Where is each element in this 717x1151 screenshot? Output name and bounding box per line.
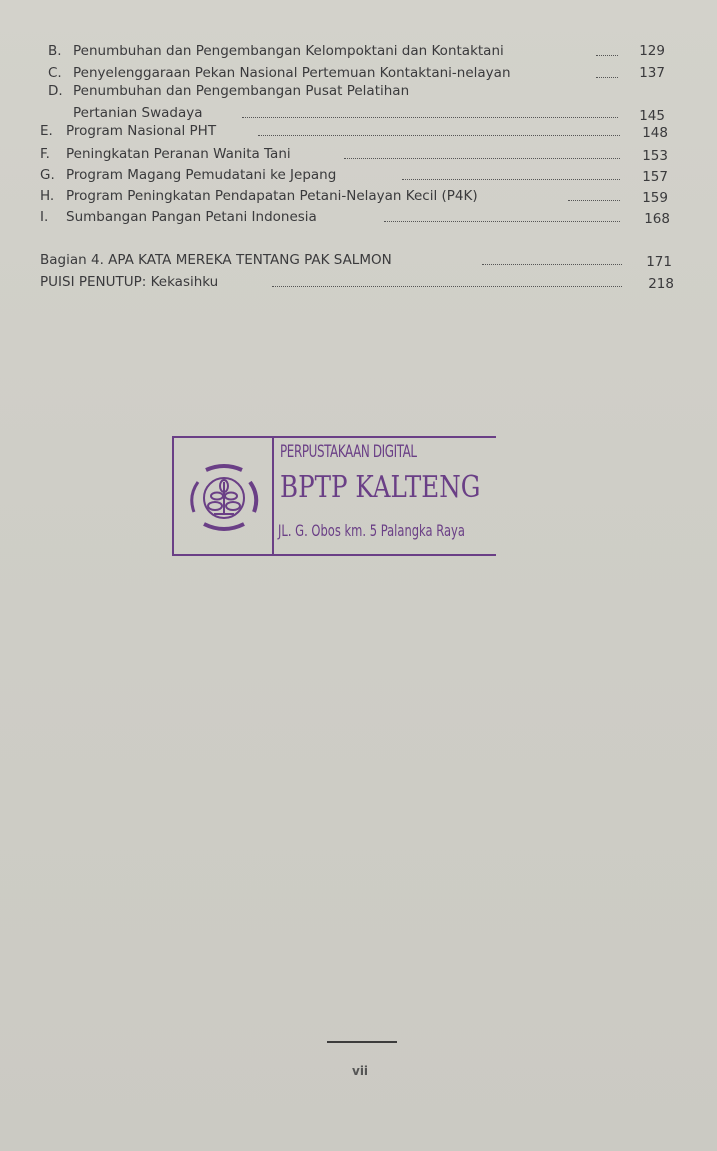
leader-dots (272, 286, 622, 287)
library-stamp: PERPUSTAKAAN DIGITAL BPTP KALTENG JL. G.… (172, 430, 498, 560)
toc-title: Program Peningkatan Pendapatan Petani-Ne… (66, 186, 478, 206)
toc-entry: D. Penumbuhan dan Pengembangan Pusat Pel… (40, 81, 680, 101)
toc-entry: B. Penumbuhan dan Pengembangan Kelompokt… (40, 41, 680, 61)
toc-entry: Pertanian Swadaya 145 (40, 103, 680, 123)
toc-page: 159 (642, 188, 668, 208)
toc-title: Sumbangan Pangan Petani Indonesia (66, 207, 317, 227)
stamp-institution: BPTP KALTENG (280, 470, 480, 505)
leader-dots (402, 179, 620, 180)
toc-letter: D. (48, 81, 63, 101)
toc-entry: H. Program Peningkatan Pendapatan Petani… (40, 186, 680, 206)
toc-entry: G. Program Magang Pemudatani ke Jepang 1… (40, 165, 680, 185)
leader-dots (384, 221, 620, 222)
toc-page: 168 (644, 209, 670, 229)
toc-section-title: Bagian 4. APA KATA MEREKA TENTANG PAK SA… (40, 250, 392, 270)
toc-letter: H. (40, 186, 54, 206)
toc-section: Bagian 4. APA KATA MEREKA TENTANG PAK SA… (40, 250, 680, 270)
toc-page: 129 (639, 41, 665, 61)
agriculture-emblem-icon (184, 460, 264, 540)
toc-letter: C. (48, 63, 62, 83)
stamp-address: JL. G. Obos km. 5 Palangka Raya (278, 521, 465, 540)
toc-letter: F. (40, 144, 50, 164)
leader-dots (482, 264, 622, 265)
toc-letter: G. (40, 165, 55, 185)
toc-section-title: PUISI PENUTUP: Kekasihku (40, 272, 218, 292)
toc-letter: E. (40, 121, 53, 141)
page-number: vii (352, 1064, 368, 1078)
book-page: B. Penumbuhan dan Pengembangan Kelompokt… (0, 0, 717, 1151)
toc-title: Penumbuhan dan Pengembangan Kelompoktani… (73, 41, 504, 61)
toc-title: Program Magang Pemudatani ke Jepang (66, 165, 336, 185)
toc-section: PUISI PENUTUP: Kekasihku 218 (40, 272, 680, 292)
toc-title: Penyelenggaraan Pekan Nasional Pertemuan… (73, 63, 511, 83)
leader-dots (596, 55, 618, 56)
toc-title: Penumbuhan dan Pengembangan Pusat Pelati… (73, 81, 409, 101)
toc-page: 171 (646, 252, 672, 272)
toc-page: 157 (642, 167, 668, 187)
toc-title: Program Nasional PHT (66, 121, 216, 141)
stamp-library-name: PERPUSTAKAAN DIGITAL (280, 442, 417, 462)
leader-dots (344, 158, 620, 159)
toc-entry: E. Program Nasional PHT 148 (40, 121, 680, 141)
stamp-divider (272, 436, 274, 554)
toc-title: Pertanian Swadaya (73, 103, 203, 123)
leader-dots (596, 77, 618, 78)
toc-letter: B. (48, 41, 62, 61)
leader-dots (568, 200, 620, 201)
toc-entry: I. Sumbangan Pangan Petani Indonesia 168 (40, 207, 680, 227)
toc-page: 137 (639, 63, 665, 83)
leader-dots (258, 135, 620, 136)
leader-dots (242, 117, 618, 118)
toc-letter: I. (40, 207, 48, 227)
toc-page: 148 (642, 123, 668, 143)
toc-page: 218 (648, 274, 674, 294)
toc-entry: F. Peningkatan Peranan Wanita Tani 153 (40, 144, 680, 164)
toc-title: Peningkatan Peranan Wanita Tani (66, 144, 291, 164)
footer-rule (327, 1041, 397, 1043)
toc-page: 153 (642, 146, 668, 166)
toc-entry: C. Penyelenggaraan Pekan Nasional Pertem… (40, 63, 680, 83)
